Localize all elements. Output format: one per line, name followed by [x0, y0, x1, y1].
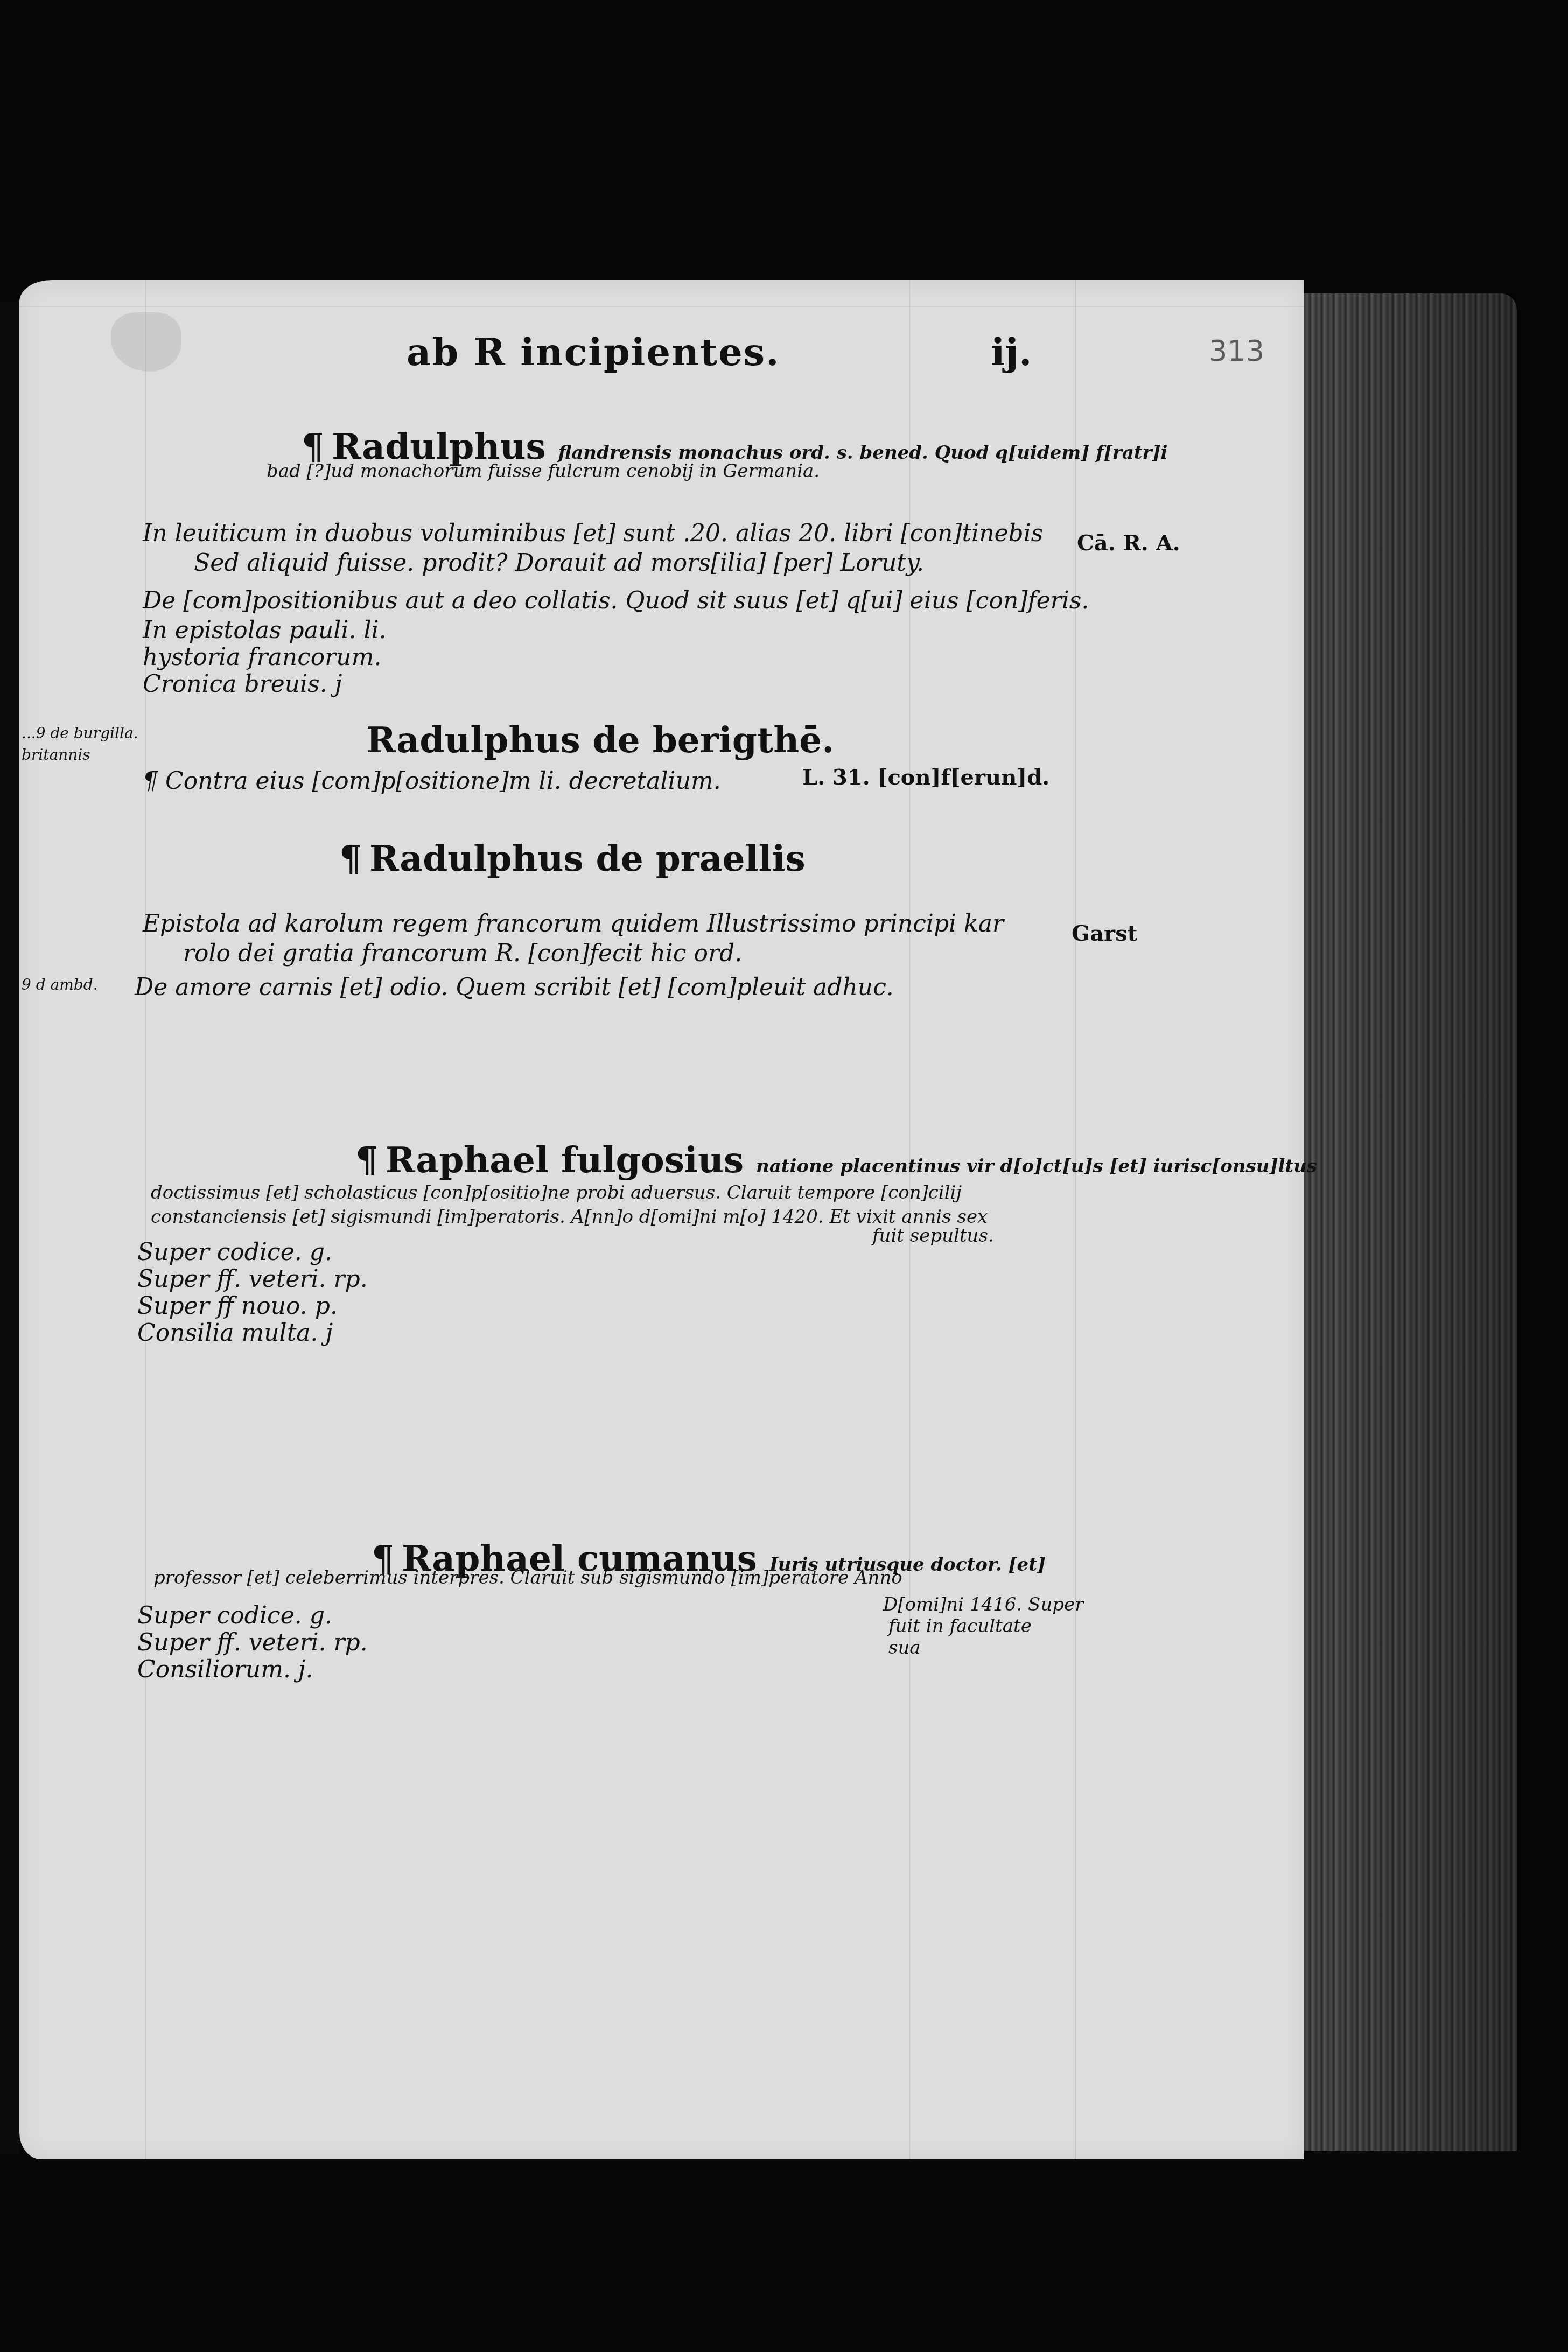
work-line: Super ff nouo. p. — [137, 1292, 338, 1320]
work-line: Cronica breuis. j — [143, 670, 342, 698]
work-line: hystoria francorum. — [143, 643, 381, 671]
pilcrow-icon: ¶ — [339, 837, 362, 879]
pilcrow-icon: ¶ — [355, 1139, 378, 1181]
binding-spine-edge — [0, 302, 19, 2154]
work-line: Super ff. veteri. rp. — [137, 1629, 368, 1656]
fore-edge-shadow — [1304, 293, 1517, 2151]
entry-heading-text: Raphael fulgosius — [386, 1139, 744, 1181]
left-margin-note: 9 d ambd. — [22, 976, 98, 993]
work-line: ¶ Contra eius [com]p[ositione]m li. decr… — [143, 767, 721, 795]
work-line: De [com]positionibus aut a deo collatis.… — [143, 587, 1089, 614]
entry-heading-line: doctissimus [et] scholasticus [con]p[osi… — [151, 1182, 962, 1203]
work-line: rolo dei gratia francorum R. [con]fecit … — [183, 940, 742, 967]
work-line: Epistola ad karolum regem francorum quid… — [143, 910, 1004, 937]
entry-heading-line: D[omi]ni 1416. Super — [883, 1594, 1083, 1615]
photo-backdrop-top — [0, 0, 1568, 280]
entry-heading-line: fuit in facultate — [888, 1615, 1032, 1637]
side-note: Garst — [1072, 921, 1137, 946]
ruled-margin-right — [1075, 280, 1076, 2159]
left-margin-note: ...9 de burgilla. — [22, 724, 138, 742]
work-line: Sed aliquid fuisse. prodit? Dorauit ad m… — [194, 549, 924, 577]
work-line: In leuiticum in duobus voluminibus [et] … — [143, 520, 1043, 547]
work-line: In epistolas pauli. li. — [143, 617, 387, 644]
entry-heading-continuation: natione placentinus vir d[o]ct[u]s [et] … — [756, 1156, 1317, 1177]
side-note: Cā. R. A. — [1077, 530, 1180, 556]
entry-heading-raphael-fulgosius: ¶Raphael fulgosius natione placentinus v… — [355, 1139, 1317, 1181]
entry-heading-line: professor [et] celeberrimus interpres. C… — [153, 1567, 902, 1588]
work-line: Consilia multa. j — [137, 1319, 333, 1347]
side-note: L. 31. [con]f[erun]d. — [802, 765, 1049, 790]
entry-heading-line: fuit sepultus. — [872, 1225, 994, 1247]
entry-heading-line2: bad [?]ud monachorum fuisse fulcrum ceno… — [267, 460, 820, 482]
ruled-margin-left — [145, 280, 146, 2159]
folio-number: 313 — [1209, 334, 1264, 368]
entry-heading-line: constanciensis [et] sigismundi [im]perat… — [151, 1206, 988, 1228]
work-line: Super codice. g. — [137, 1238, 332, 1266]
work-line: Super ff. veteri. rp. — [137, 1265, 368, 1293]
running-head: ab R incipientes. — [407, 330, 780, 374]
left-margin-note: britannis — [22, 746, 90, 764]
entry-heading-text: Radulphus de praellis — [369, 837, 806, 879]
entry-heading-line: sua — [888, 1637, 921, 1658]
folio-roman-numeral: ij. — [991, 330, 1032, 374]
work-line: Super codice. g. — [137, 1602, 332, 1629]
work-line: Consiliorum. j. — [137, 1656, 313, 1683]
work-line: De amore carnis [et] odio. Quem scribit … — [135, 974, 894, 1001]
entry-heading-radulphus-de-berigthe: Radulphus de berigthē. — [366, 719, 834, 761]
entry-heading-radulphus-de-praellis: ¶Radulphus de praellis — [339, 837, 806, 879]
ruled-top-line — [19, 306, 1304, 307]
